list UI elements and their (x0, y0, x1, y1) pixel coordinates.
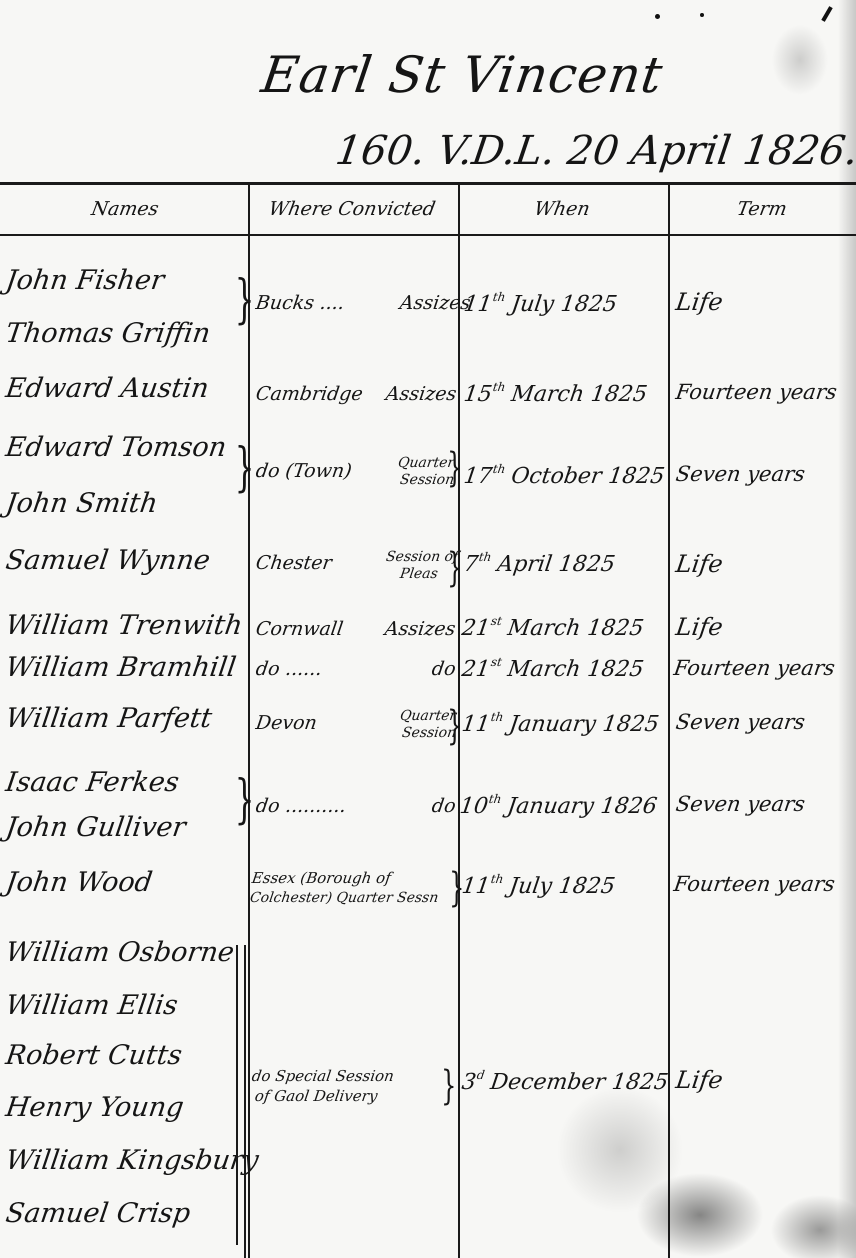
where-convicted: Cambridge (254, 383, 364, 405)
where-convicted: do ...... (254, 658, 323, 680)
where-convicted-court: do (430, 658, 457, 680)
where-convicted: of Gaol Delivery (254, 1088, 379, 1104)
conviction-date: 17th October 1825 (462, 462, 666, 489)
conviction-date: 7th April 1825 (462, 550, 617, 577)
where-convicted: do .......... (254, 795, 347, 817)
group-brace: } (441, 1066, 456, 1106)
where-convicted: Colchester) Quarter Sessn (249, 890, 440, 906)
convict-name: Samuel Crisp (4, 1198, 192, 1229)
ship-title: Earl St Vincent (258, 46, 686, 104)
sentence-term: Life (674, 550, 725, 578)
group-brace: } (235, 448, 255, 488)
ink-dot (700, 13, 704, 17)
group-bracket-line (236, 945, 238, 1245)
convict-name: William Ellis (4, 990, 180, 1021)
where-convicted: do (Town) (254, 460, 353, 482)
column-header-when: When (460, 198, 664, 220)
convict-name: Thomas Griffin (4, 318, 212, 349)
sentence-term: Life (674, 1066, 725, 1094)
sentence-term: Life (674, 288, 725, 316)
group-bracket-line (244, 945, 246, 1258)
column-header-names: Names (18, 198, 232, 220)
convict-name: John Wood (4, 867, 155, 898)
group-brace: } (235, 780, 255, 820)
conviction-date: 11th January 1825 (460, 710, 661, 737)
column-header-where-convicted: Where Convicted (250, 198, 454, 220)
convict-name: Henry Young (4, 1092, 186, 1123)
group-brace: } (447, 548, 462, 588)
where-convicted-court: Pleas (399, 566, 439, 582)
column-divider (668, 183, 670, 1258)
group-brace: } (447, 448, 462, 488)
sentence-term: Seven years (674, 710, 806, 734)
ink-mark (821, 6, 832, 22)
sentence-term: Fourteen years (672, 656, 836, 680)
convict-name: John Fisher (4, 265, 166, 296)
sentence-term: Life (674, 613, 725, 641)
sentence-term: Seven years (674, 792, 806, 816)
group-brace: } (447, 706, 462, 746)
convict-name: Robert Cutts (4, 1040, 184, 1071)
convict-name: John Gulliver (4, 812, 188, 843)
conviction-date: 21st March 1825 (460, 614, 645, 641)
convict-name: William Parfett (4, 703, 214, 734)
convict-name: William Trenwith (4, 610, 245, 641)
convict-name: Isaac Ferkes (4, 767, 181, 798)
ink-dot (655, 14, 660, 19)
convict-name: William Osborne (4, 937, 236, 968)
sentence-term: Seven years (674, 462, 806, 486)
sentence-term: Fourteen years (672, 872, 836, 896)
where-convicted: do Special Session (251, 1068, 395, 1084)
convict-name: William Bramhill (4, 652, 238, 683)
where-convicted: Cornwall (254, 618, 344, 640)
conviction-date: 21st March 1825 (460, 655, 645, 682)
convict-name: Edward Tomson (4, 432, 229, 463)
where-convicted-court: do (430, 795, 457, 817)
document-page: Earl St Vincent 160. V.D.L. 20 April 182… (0, 0, 856, 1258)
column-header-term: Term (670, 198, 854, 220)
table-top-rule (0, 182, 856, 185)
group-brace: } (235, 280, 255, 320)
conviction-date: 11th July 1825 (462, 290, 619, 317)
conviction-date: 10th January 1826 (458, 792, 659, 819)
header-bottom-rule (0, 234, 856, 236)
where-convicted: Devon (254, 712, 318, 734)
where-convicted-court: Assizes (398, 292, 471, 314)
conviction-date: 3d December 1825 (460, 1068, 670, 1095)
where-convicted: Bucks .... (254, 292, 345, 314)
margin-marks (655, 12, 855, 32)
sentence-term: Fourteen years (674, 380, 838, 404)
where-convicted: Essex (Borough of (251, 870, 392, 886)
where-convicted-court: Assizes (384, 383, 457, 405)
convict-name: Edward Austin (4, 373, 211, 404)
conviction-date: 15th March 1825 (462, 380, 649, 407)
voyage-subtitle: 160. V.D.L. 20 April 1826. (333, 128, 856, 174)
convict-name: William Kingsbury (4, 1145, 261, 1176)
where-convicted-court: Assizes (383, 618, 456, 640)
conviction-date: 11th July 1825 (460, 872, 617, 899)
where-convicted: Chester (254, 552, 333, 574)
column-divider (248, 183, 250, 1258)
convict-name: Samuel Wynne (4, 545, 212, 576)
convict-name: John Smith (4, 488, 160, 519)
